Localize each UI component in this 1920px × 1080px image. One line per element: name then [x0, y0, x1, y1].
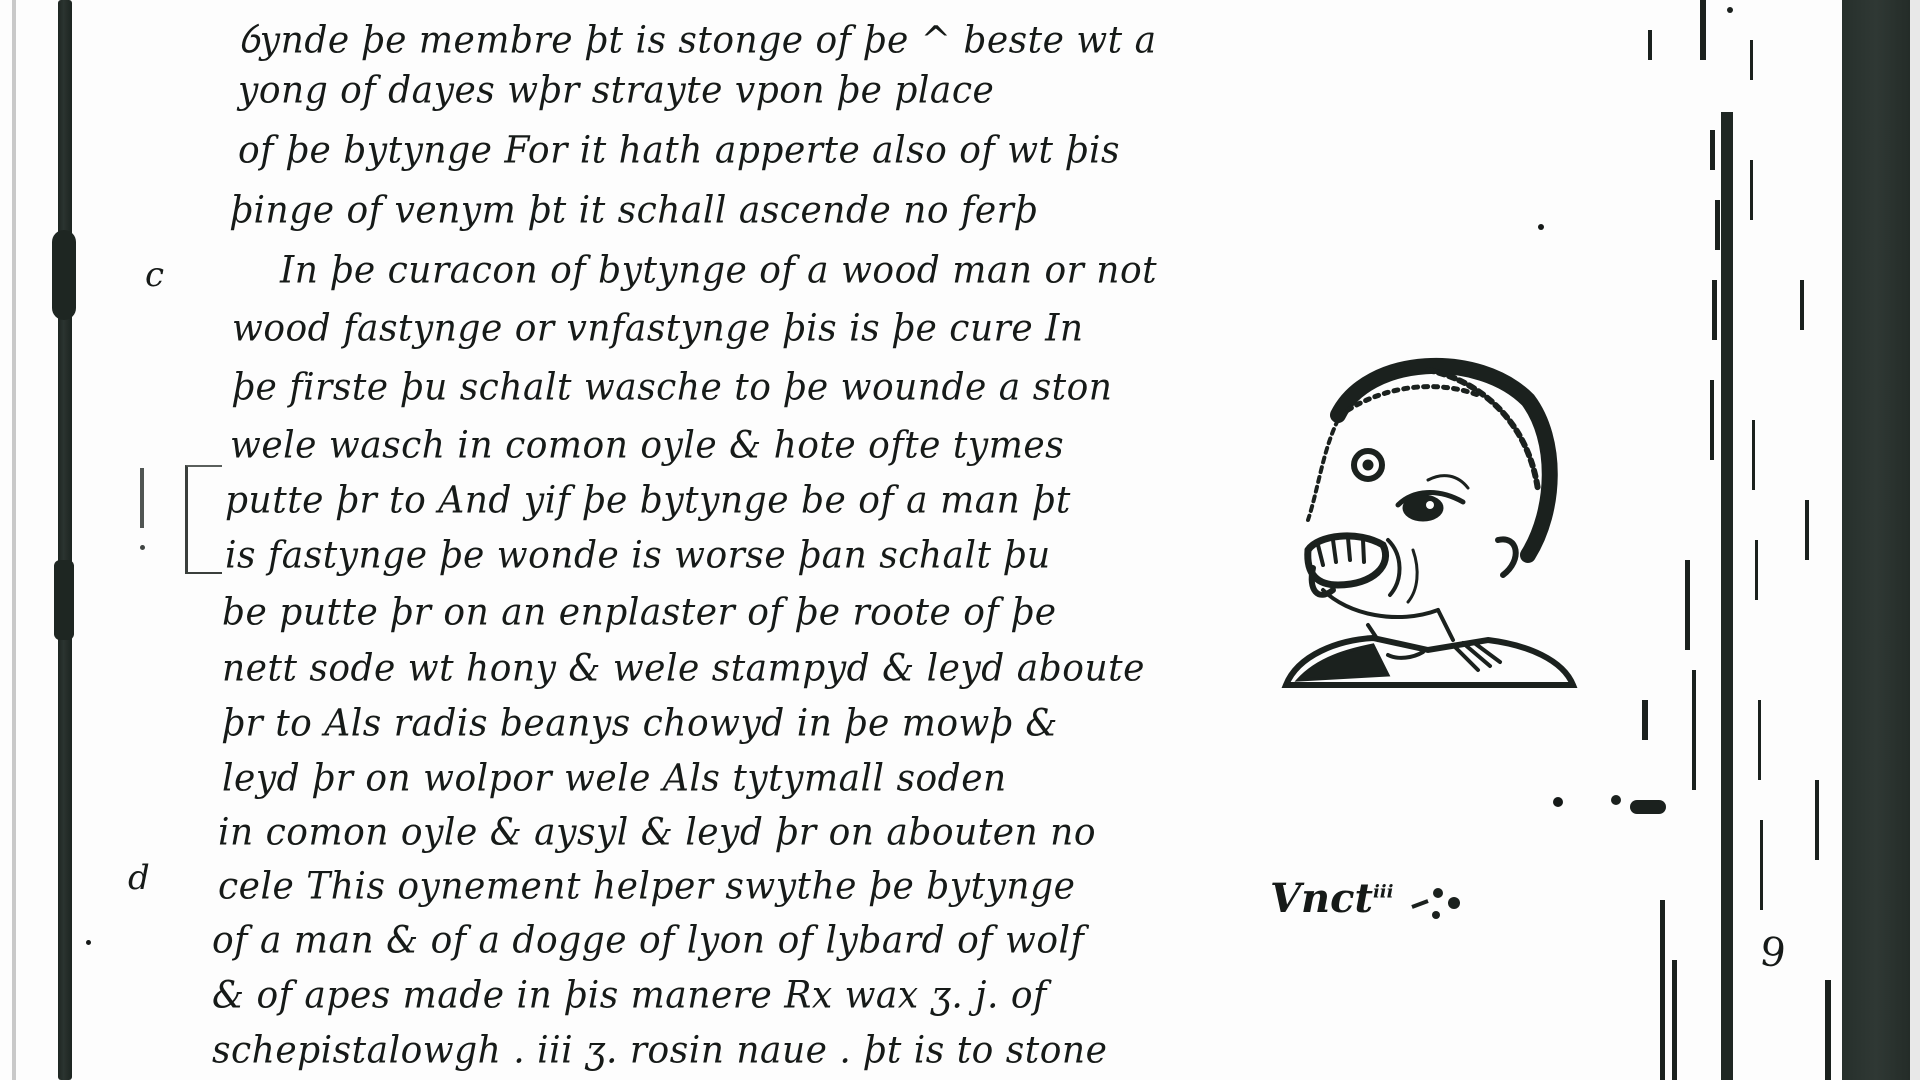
right-ruling-line — [1721, 112, 1733, 1080]
margin-bracket — [185, 465, 222, 574]
margin-annotation: Vnctiii — [1270, 875, 1393, 922]
binding-shadow-band — [1842, 0, 1910, 1080]
text-line: wood fastynge or vnfastynge þis is þe cu… — [232, 307, 1084, 350]
text-line: of þe bytynge For it hath apperte also o… — [238, 129, 1120, 172]
text-line: In þe curacon of bytynge of a wood man o… — [280, 249, 1157, 292]
text-line: cele This oynement helper swythe þe byty… — [218, 865, 1075, 908]
text-line: leyd þr on wolpor wele Als tytymall sode… — [222, 757, 1007, 800]
ink-speck — [86, 940, 91, 945]
ink-speck — [1553, 797, 1563, 807]
text-line: in comon oyle & aysyl & leyd þr on about… — [218, 811, 1096, 854]
text-line: is fastynge þe wonde is worse þan schalt… — [225, 534, 1051, 577]
text-line: nett sode wt hony & wele stampyd & leyd … — [222, 647, 1145, 690]
text-line: of a man & of a dogge of lyon of lybard … — [212, 919, 1084, 962]
text-line: be putte þr on an enplaster of þe roote … — [222, 591, 1057, 634]
text-line: wele wasch in comon oyle & hote ofte tym… — [230, 424, 1064, 467]
text-line: þe firste þu schalt wasche to þe wounde … — [232, 366, 1113, 409]
text-line: putte þr to And yif þe bytynge be of a m… — [225, 479, 1071, 522]
text-line: þr to Als radis beanys chowyd in þe mowþ… — [222, 702, 1058, 745]
annotation-dot-cluster — [1410, 885, 1480, 925]
grotesque-head-illustration — [1278, 340, 1578, 710]
text-line: þinge of venym þt it schall ascende no f… — [230, 189, 1038, 232]
margin-bar-mark — [140, 468, 144, 528]
right-margin-scan-noise — [1600, 0, 1840, 1080]
ink-speck — [1538, 224, 1544, 230]
annotation-word: Vnct — [1270, 875, 1373, 922]
margin-letter-d: d — [128, 858, 150, 898]
text-line: ỽynde þe membre þt is stonge of þe ^ bes… — [238, 13, 1157, 64]
margin-dot-mark — [140, 545, 145, 550]
margin-letter-c: c — [145, 255, 164, 295]
text-line: yong of dayes wþr strayte vpon þe place — [238, 69, 994, 112]
text-line: & of apes made in þis manere Rx wax ʒ. j… — [212, 974, 1047, 1017]
annotation-superscript: iii — [1373, 882, 1394, 903]
text-line: schepistalowgh . iii ʒ. rosin naue . þt … — [212, 1029, 1107, 1072]
scan-edge-right — [1910, 0, 1920, 1080]
